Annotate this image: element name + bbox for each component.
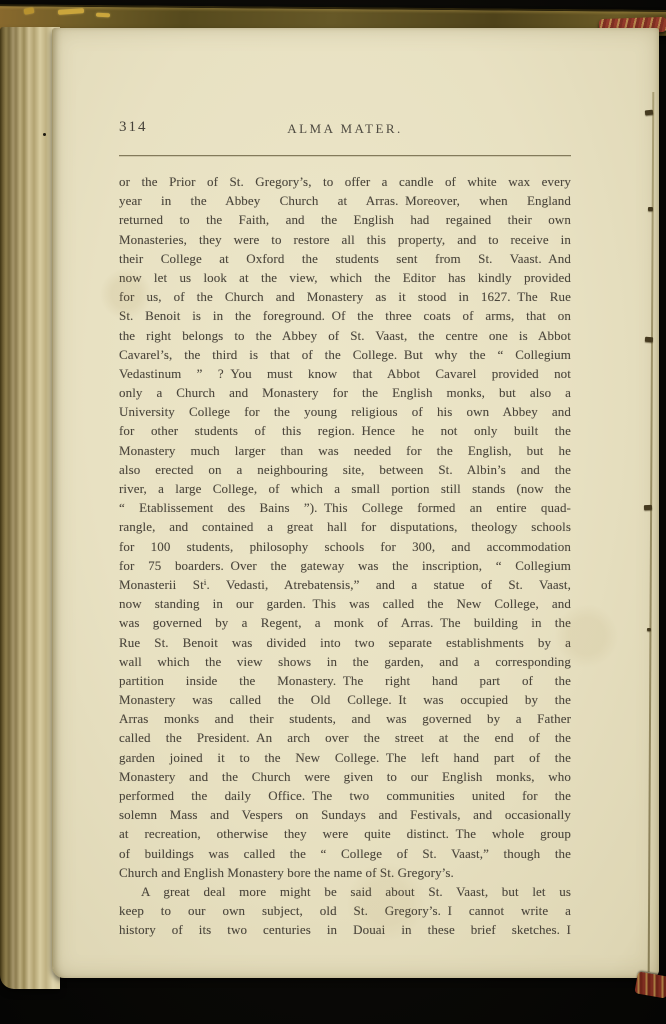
stitch-mark: [648, 207, 653, 211]
text-line: the right belongs to the Abbey of St. Va…: [119, 326, 571, 345]
stitch-mark: [645, 337, 653, 343]
text-line: their College at Oxford the students sen…: [119, 249, 571, 268]
text-line: keep to our own subject, old St. Gregory…: [119, 901, 571, 920]
text-line: or the Prior of St. Gregory’s, to offer …: [119, 172, 571, 191]
header-rule: [119, 155, 571, 156]
text-line: Monastery was called the Old College. It…: [119, 690, 571, 709]
text-line: Church and English Monastery bore the na…: [119, 863, 571, 882]
running-header: ALMA MATER.: [119, 121, 571, 137]
text-line: rangle, and contained a great hall for d…: [119, 517, 571, 536]
text-line: “ Etablissement des Bains ”). This Colle…: [119, 498, 571, 517]
text-line: University College for the young religio…: [119, 402, 571, 421]
text-line: called the President. An arch over the s…: [119, 728, 571, 747]
book-page: 314 ALMA MATER. or the Prior of St. Greg…: [52, 28, 659, 978]
stitch-mark: [645, 110, 653, 116]
text-line: solemn Mass and Vespers on Sundays and F…: [119, 805, 571, 824]
text-line: wall which the view shows in the garden,…: [119, 652, 571, 671]
text-line: Cavarel’s, the third is that of the Coll…: [119, 345, 571, 364]
text-line: only a Church and Monastery for the Engl…: [119, 383, 571, 402]
text-line: also erected on a neighbouring site, bet…: [119, 460, 571, 479]
text-line: Monastery and the Church were given to o…: [119, 767, 571, 786]
text-line: Rue St. Benoit was divided into two sepa…: [119, 633, 571, 652]
page-edge-stack: [0, 27, 60, 989]
text-line: now let us look at the view, which the E…: [119, 268, 571, 287]
paper-speck: [43, 133, 46, 136]
text-line: returned to the Faith, and the English h…: [119, 210, 571, 229]
text-line: partition inside the Monastery. The righ…: [119, 671, 571, 690]
text-line: Monastery much larger than was needed fo…: [119, 441, 571, 460]
text-line: of buildings was called the “ College of…: [119, 844, 571, 863]
text-line: garden joined it to the New College. The…: [119, 748, 571, 767]
text-line: for 75 boarders. Over the gateway was th…: [119, 556, 571, 575]
text-line: Vedastinum ” ? You must know that Abbot …: [119, 364, 571, 383]
text-line: St. Benoit is in the foreground. Of the …: [119, 306, 571, 325]
gilt-fleck: [96, 13, 110, 18]
text-line: for other students of this region. Hence…: [119, 421, 571, 440]
stitch-mark: [647, 628, 651, 631]
text-line: now standing in our garden. This was cal…: [119, 594, 571, 613]
text-line: was governed by a Regent, a monk of Arra…: [119, 613, 571, 632]
text-line: for 100 students, philosophy schools for…: [119, 537, 571, 556]
text-line: for us, of the Church and Monastery as i…: [119, 287, 571, 306]
text-line: at recreation, otherwise they were quite…: [119, 824, 571, 843]
text-line: river, a large College, of which a small…: [119, 479, 571, 498]
text-line: Monasteries, they were to restore all th…: [119, 230, 571, 249]
stitch-mark: [644, 505, 652, 510]
headband-bottom: [634, 971, 666, 998]
book-photograph: 314 ALMA MATER. or the Prior of St. Greg…: [0, 0, 666, 1024]
text-line: performed the daily Office. The two comm…: [119, 786, 571, 805]
text-line: Arras monks and their students, and was …: [119, 709, 571, 728]
text-line: history of its two centuries in Douai in…: [119, 920, 571, 939]
text-line: year in the Abbey Church at Arras. Moreo…: [119, 191, 571, 210]
page-body: or the Prior of St. Gregory’s, to offer …: [119, 172, 571, 940]
text-line: A great deal more might be said about St…: [119, 882, 571, 901]
text-line: Monasterii Stⁱ. Vedasti, Atrebatensis,” …: [119, 575, 571, 594]
